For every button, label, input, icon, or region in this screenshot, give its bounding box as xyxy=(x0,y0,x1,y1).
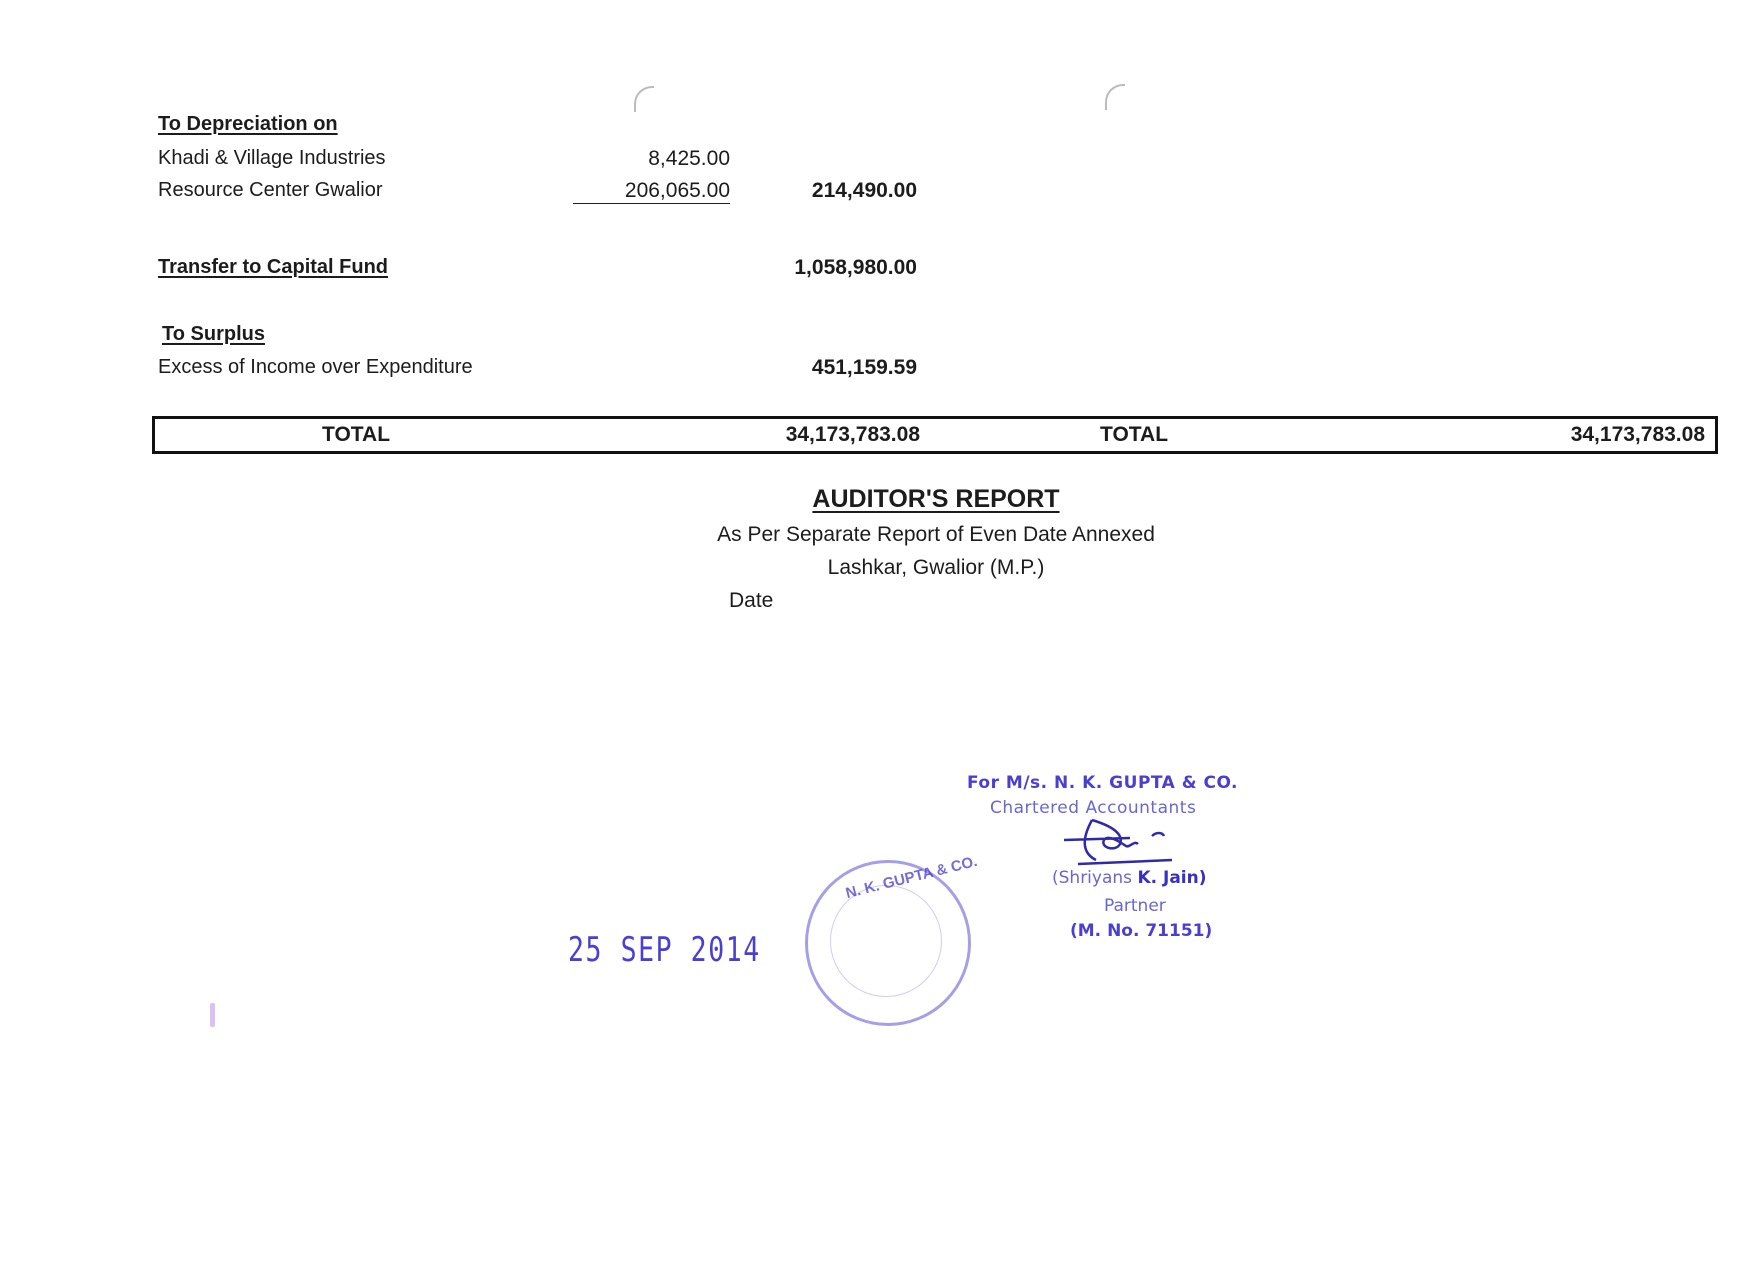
seal-inner-ring xyxy=(830,885,942,997)
depreciation-total: 214,490.00 xyxy=(812,179,917,203)
surplus-total: 451,159.59 xyxy=(812,356,917,380)
auditor-report-heading: AUDITOR'S REPORT xyxy=(0,485,1752,514)
total-right-label: TOTAL xyxy=(1100,423,1168,447)
capital-fund-total: 1,058,980.00 xyxy=(794,256,917,280)
signature-partner-title: Partner xyxy=(1104,896,1166,916)
surplus-label: Excess of Income over Expenditure xyxy=(158,356,473,379)
auditor-report-date-label: Date xyxy=(729,589,773,613)
partner-name-prefix: (Shriyans xyxy=(1052,868,1132,888)
firm-seal: N. K. GUPTA & CO. xyxy=(805,860,971,1026)
depreciation-item-amount: 206,065.00 xyxy=(573,179,730,204)
depreciation-item-label: Resource Center Gwalior xyxy=(158,179,383,202)
total-left-value: 34,173,783.08 xyxy=(786,423,920,447)
auditor-report-location: Lashkar, Gwalior (M.P.) xyxy=(0,556,1752,580)
signature-partner-name: (Shriyans K. Jain) xyxy=(1052,868,1206,888)
capital-fund-heading: Transfer to Capital Fund xyxy=(158,256,388,279)
punch-hole-mark xyxy=(634,86,654,112)
total-row: TOTAL 34,173,783.08 TOTAL 34,173,783.08 xyxy=(152,416,1718,454)
total-left-label: TOTAL xyxy=(322,423,390,447)
signature-firm-name: For M/s. N. K. GUPTA & CO. xyxy=(967,773,1238,793)
date-stamp: 25 SEP 2014 xyxy=(568,930,761,970)
depreciation-item-amount: 8,425.00 xyxy=(648,147,730,171)
surplus-heading: To Surplus xyxy=(162,323,265,346)
depreciation-heading: To Depreciation on xyxy=(158,113,338,136)
depreciation-item-label: Khadi & Village Industries xyxy=(158,147,386,170)
partner-name-suffix: K. Jain) xyxy=(1137,868,1206,888)
signature-scribble-icon xyxy=(1060,812,1190,868)
auditor-report-reference: As Per Separate Report of Even Date Anne… xyxy=(0,523,1752,547)
signature-membership-number: (M. No. 71151) xyxy=(1070,921,1212,941)
margin-ink-mark xyxy=(210,1003,215,1027)
punch-hole-mark xyxy=(1105,84,1125,110)
total-right-value: 34,173,783.08 xyxy=(1571,423,1705,447)
